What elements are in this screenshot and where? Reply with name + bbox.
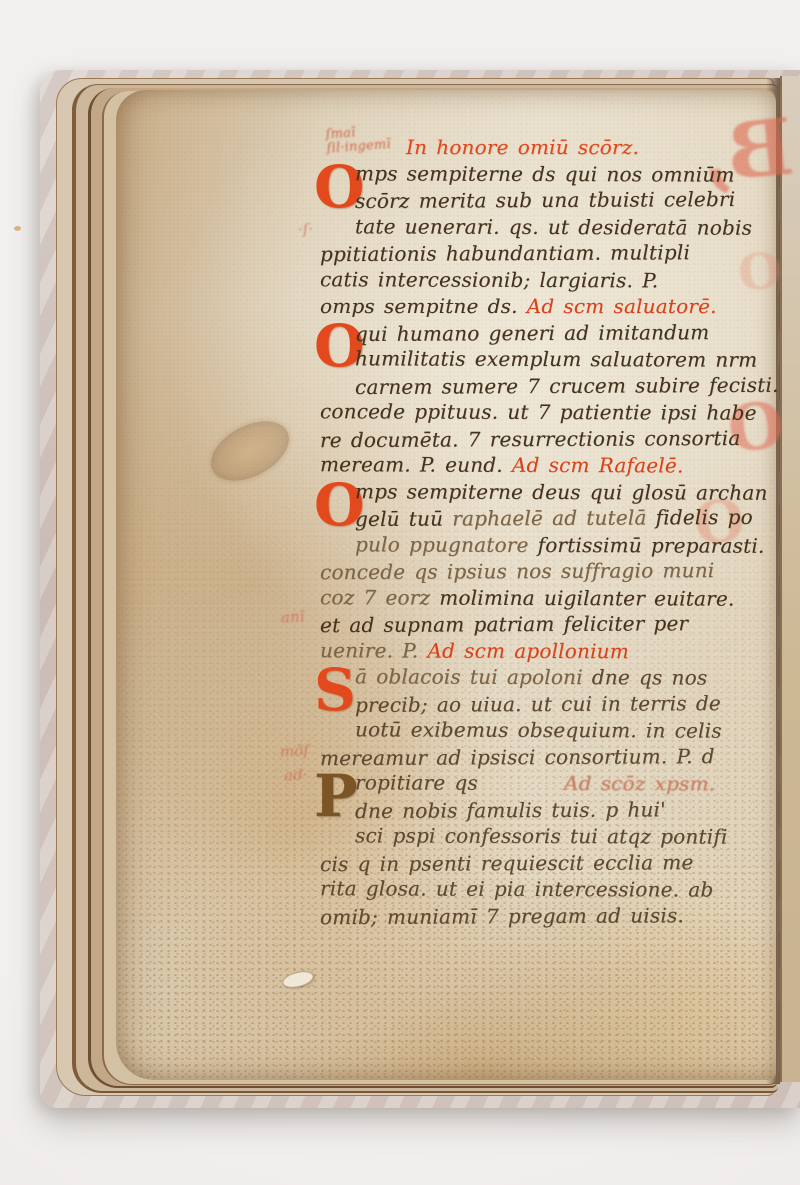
- text-segment: cis q in psenti requiescit ecclia me: [320, 850, 694, 876]
- text-line: humilitatis exemplum saluatorem nrm: [320, 345, 772, 373]
- text-segment: fortissimū preparasti.: [538, 532, 765, 557]
- text-line: ropitiare qsAd scōz xpsm.: [320, 769, 772, 797]
- text-segment: meream. P. eund.: [320, 452, 512, 477]
- prayer-paragraph-3: Omps sempiterne deus qui glosū archangel…: [320, 479, 772, 665]
- text-line: uotū exibemus obsequium. in celis: [320, 716, 772, 744]
- text-line: meream. P. eund. Ad scm Rafaelē.: [320, 451, 772, 479]
- dust-speck: [14, 226, 21, 231]
- text-segment: mps sempiterne deus qui glosū archan: [355, 479, 768, 504]
- text-line: rita glosa. ut ei pia intercessione. ab: [320, 875, 772, 903]
- heading-ghost-text: ſmaī ſil·ingemī: [325, 124, 391, 156]
- text-segment: ropitiare qs: [355, 770, 478, 794]
- text-line: omps sempitne ds. Ad scm saluatorē.: [320, 293, 772, 320]
- text-line: omib; muniamī 7 pregam ad uisis.: [320, 901, 772, 930]
- text-line: catis intercessionib; largiaris. P.: [320, 266, 772, 294]
- text-segment: Ad scm Rafaelē.: [512, 453, 684, 478]
- text-segment: Ad scm apollonium: [427, 638, 629, 663]
- text-segment: pulo ppugnatore: [355, 532, 538, 557]
- parchment-hole: [281, 968, 316, 990]
- text-segment: dne qs nos: [592, 665, 708, 689]
- text-segment: qui humano generi ad imitandum: [355, 320, 709, 346]
- text-line: ppitiationis habundantiam. multipli: [320, 239, 772, 268]
- text-line: et ad supnam patriam feliciter per: [320, 610, 772, 639]
- text-segment: re documēta. 7 resurrectionis consortia: [320, 425, 741, 451]
- text-line: tate uenerari. qs. ut desideratā nobis: [320, 213, 772, 241]
- text-line: coz 7 eorz molimina uigilanter euitare.: [320, 584, 772, 612]
- text-segment: gelū tuū: [355, 506, 452, 531]
- prayer-paragraph-4: Sā oblacois tui apoloni dne qs nosprecib…: [320, 664, 772, 770]
- rubric-heading-text: In honore omiū scōrz.: [406, 135, 639, 159]
- marginal-mark: ad·: [284, 765, 308, 784]
- text-segment: ā oblacois tui apoloni: [355, 664, 592, 689]
- text-segment: raphaelē ad tutelā: [452, 505, 655, 530]
- text-line: qui humano generi ad imitandum: [320, 318, 772, 347]
- text-segment: ppitiationis habundantiam. multipli: [320, 240, 690, 266]
- text-line: gelū tuū raphaelē ad tutelā fidelis po: [320, 504, 772, 533]
- text-line: carnem sumere 7 crucem subire fecisti.: [320, 371, 772, 400]
- text-line: dne nobis famulis tuis. p hui': [320, 795, 772, 824]
- text-segment: molimina uigilanter euitare.: [439, 585, 734, 610]
- text-line: concede ppituus. ut 7 patientie ipsi hab…: [320, 398, 772, 426]
- text-segment: omib; muniamī 7 pregam ad uisis.: [320, 903, 684, 929]
- text-segment: concede qs ipsius nos suffragio muni: [320, 558, 714, 584]
- text-line: mps sempiterne ds qui nos omniūm: [320, 160, 772, 188]
- text-segment: scōrz merita sub una tbuisti celebri: [355, 187, 735, 213]
- text-segment: coz 7 eorz: [320, 585, 439, 609]
- text-segment: Ad scōz xpsm.: [564, 771, 715, 796]
- text-segment: catis intercessionib; largiaris. P.: [320, 267, 658, 292]
- marginal-mark: mōſ: [280, 741, 310, 760]
- text-line: ā oblacois tui apoloni dne qs nos: [320, 663, 772, 691]
- text-segment: mps sempiterne ds qui nos omniūm: [355, 161, 735, 186]
- text-line: uenire. P. Ad scm apollonium: [320, 637, 772, 665]
- text-line: cis q in psenti requiescit ecclia me: [320, 848, 772, 877]
- text-segment: precib; ao uiua. ut cui in terris de: [355, 691, 721, 717]
- text-line: concede qs ipsius nos suffragio muni: [320, 557, 772, 586]
- text-line: mps sempiterne deus qui glosū archan: [320, 478, 772, 506]
- prayer-paragraph-2: omps sempitne ds. Ad scm saluatorē.Oqui …: [320, 293, 772, 479]
- text-segment: concede ppituus. ut 7 patientie ipsi hab…: [320, 399, 757, 425]
- text-line: precib; ao uiua. ut cui in terris de: [320, 689, 772, 718]
- prayer-paragraphs: Omps sempiterne ds qui nos omniūmscōrz m…: [320, 161, 772, 930]
- parchment-scar: [201, 409, 299, 493]
- text-line: sci pspi confessoris tui atqz pontifi: [320, 822, 772, 850]
- text-block: ſmaī ſil·ingemī In honore omiū scōrz. Om…: [320, 134, 772, 929]
- facing-page-edge: [780, 76, 800, 1082]
- text-segment: sci pspi confessoris tui atqz pontifi: [355, 823, 728, 848]
- text-segment: et ad supnam patriam feliciter per: [320, 611, 688, 637]
- text-segment: dne nobis famulis tuis. p hui': [355, 797, 666, 823]
- text-segment: carnem sumere 7 crucem subire fecisti.: [355, 372, 779, 398]
- text-segment: uenire. P.: [320, 638, 428, 662]
- text-segment: humilitatis exemplum saluatorem nrm: [355, 346, 757, 371]
- text-segment: mereamur ad ipsisci consortium. P. d: [320, 744, 715, 770]
- prayer-paragraph-5: Propitiare qsAd scōz xpsm.dne nobis famu…: [320, 770, 772, 929]
- marginal-mark: anī: [281, 607, 305, 626]
- prayer-paragraph-1: Omps sempiterne ds qui nos omniūmscōrz m…: [320, 161, 772, 294]
- rubric-heading: ſmaī ſil·ingemī In honore omiū scōrz.: [320, 134, 772, 161]
- text-line: re documēta. 7 resurrectionis consortia: [320, 424, 772, 453]
- text-line: scōrz merita sub una tbuisti celebri: [320, 186, 772, 215]
- text-segment: Ad scm saluatorē.: [527, 294, 717, 318]
- text-segment: omps sempitne ds.: [320, 294, 527, 318]
- text-segment: fidelis po: [656, 505, 753, 530]
- text-segment: uotū exibemus obsequium. in celis: [355, 717, 722, 742]
- text-segment: rita glosa. ut ei pia intercessione. ab: [320, 876, 714, 901]
- text-line: pulo ppugnatore fortissimū preparasti.: [320, 531, 772, 559]
- text-line: mereamur ad ipsisci consortium. P. d: [320, 742, 772, 771]
- manuscript-page: B,OOO ·ſ·anīmōſad· ſmaī ſil·ingemī In ho…: [116, 90, 776, 1080]
- marginal-mark: ·ſ·: [298, 220, 314, 239]
- text-segment: tate uenerari. qs. ut desideratā nobis: [355, 214, 752, 239]
